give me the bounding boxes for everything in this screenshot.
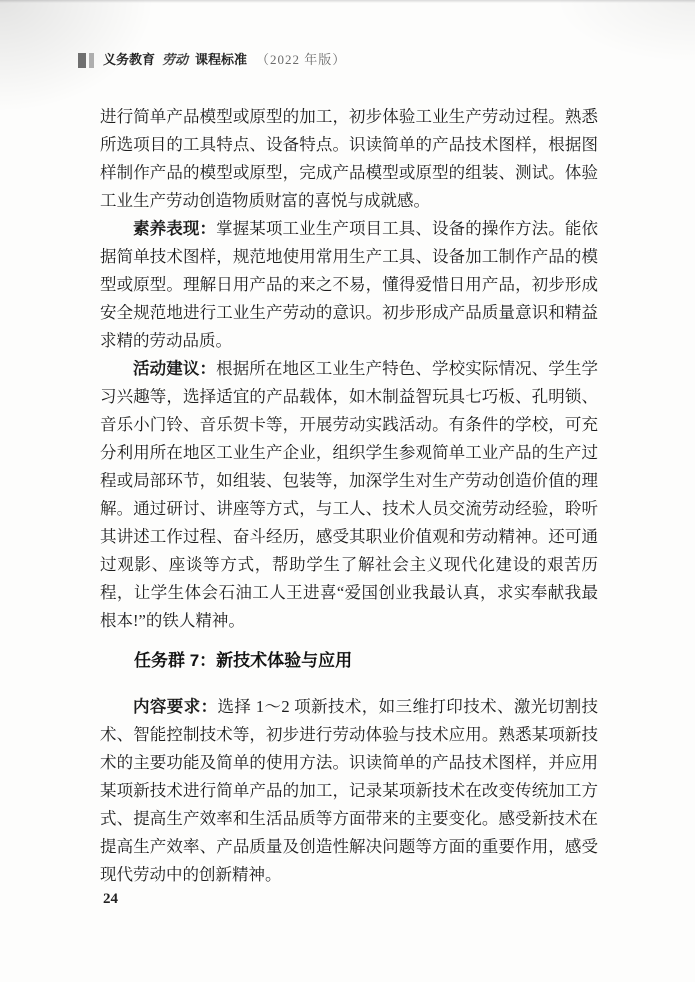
header-doc-type: 课程标准	[195, 52, 247, 68]
paragraph-suyang-label: 素养表现：	[133, 220, 216, 238]
paragraph-suyang-text: 掌握某项工业生产项目工具、设备的操作方法。能依据简单技术图样，规范地使用常用生产…	[100, 219, 598, 350]
paragraph-neirong-text: 选择 1～2 项新技术，如三维打印技术、激光切割技术、智能控制技术等，初步进行劳…	[100, 697, 598, 884]
header-subject-title: 劳动	[162, 52, 188, 68]
running-header: 义务教育 劳动 课程标准 （2022 年版）	[78, 52, 346, 68]
header-series-title: 义务教育	[103, 52, 155, 68]
paragraph-huodong-label: 活动建议：	[133, 360, 216, 378]
page-number: 24	[103, 891, 118, 908]
header-bar-dark-icon	[78, 53, 86, 68]
header-edition: （2022 年版）	[256, 52, 346, 68]
paragraph-continuation: 进行简单产品模型或原型的加工，初步体验工业生产劳动过程。熟悉所选项目的工具特点、…	[100, 103, 598, 215]
header-bar-light-icon	[89, 53, 94, 68]
paragraph-huodong: 活动建议：根据所在地区工业生产特色、学校实际情况、学生学习兴趣等，选择适宜的产品…	[100, 355, 598, 635]
section-heading-task-group-7: 任务群 7：新技术体验与应用	[100, 647, 598, 675]
paragraph-huodong-text: 根据所在地区工业生产特色、学校实际情况、学生学习兴趣等，选择适宜的产品载体，如木…	[100, 359, 598, 630]
document-page: 义务教育 劳动 课程标准 （2022 年版） 进行简单产品模型或原型的加工，初步…	[0, 0, 695, 982]
paragraph-neirong-label: 内容要求：	[133, 698, 218, 716]
paragraph-neirong: 内容要求：选择 1～2 项新技术，如三维打印技术、激光切割技术、智能控制技术等，…	[100, 693, 598, 889]
main-text-column: 进行简单产品模型或原型的加工，初步体验工业生产劳动过程。熟悉所选项目的工具特点、…	[100, 103, 598, 889]
paragraph-suyang: 素养表现：掌握某项工业生产项目工具、设备的操作方法。能依据简单技术图样，规范地使…	[100, 215, 598, 355]
